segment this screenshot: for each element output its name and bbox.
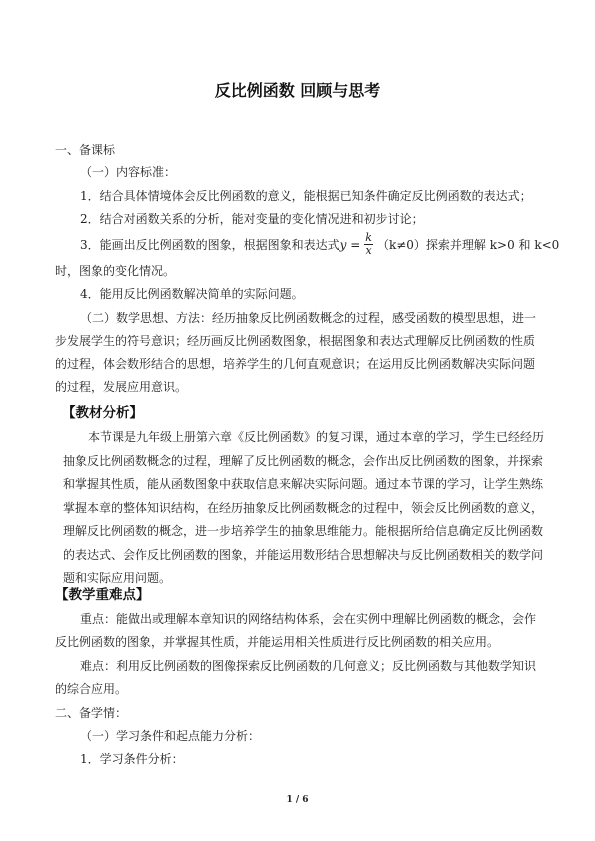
standard-item-4: 4．能用反比例函数解决简单的实际问题。 (80, 287, 304, 301)
item3-suffix: （k≠0）探索并理解 k>0 和 k<0 (377, 238, 559, 252)
standard-item-3: 3．能画出反比例函数的图象，根据图象和表达式y =kx（k≠0）探索并理解 k>… (80, 233, 559, 258)
math-thinking-line-1: （二）数学思想、方法：经历抽象反比例函数概念的过程，感受函数的模型思想，进一 (80, 311, 536, 325)
subsection-learning-conditions: （一）学习条件和起点能力分析： (80, 729, 260, 743)
item3-prefix: 3．能画出反比例函数的图象，根据图象和表达式 (80, 238, 340, 252)
section-heading-2: 二、备学情： (55, 706, 127, 720)
textbook-analysis-heading: 【教材分析】 (62, 401, 143, 421)
textbook-analysis-line-3: 和掌握其性质，能从函数图象中获取信息来解决实际问题。通过本节课的学习，让学生熟练 (63, 477, 543, 491)
textbook-analysis-line-4: 掌握本章的整体知识结构，在经历抽象反比例函数概念的过程中，领会反比例函数的意义， (63, 501, 543, 515)
difficulty-line-2: 的综合应用。 (55, 682, 127, 696)
standard-item-3-continuation: 时，图象的变化情况。 (55, 264, 175, 278)
textbook-analysis-line-6: 的表达式、会作反比例函数的图象，并能运用数形结合思想解决与反比例函数相关的数学问 (63, 548, 543, 562)
formula-denominator: x (364, 245, 373, 257)
learning-conditions-item-1: 1．学习条件分析： (80, 752, 184, 766)
key-point-line-1: 重点：能做出或理解本章知识的网络结构体系，会在实例中理解比例函数的概念，会作 (80, 612, 536, 626)
page-number: 1 / 6 (0, 795, 595, 805)
key-point-line-2: 反比例函数的图象，并掌握其性质，并能运用相关性质进行反比例函数的相关应用。 (55, 635, 499, 649)
difficulty-line-1: 难点：利用反比例函数的图像探索反比例函数的几何意义；反比例函数与其他数学知识 (80, 659, 536, 673)
document-title: 反比例函数 回顾与思考 (0, 78, 595, 101)
key-points-heading: 【教学重难点】 (55, 583, 150, 603)
section-heading-1: 一、备课标 (55, 143, 115, 157)
textbook-analysis-line-5: 理解反比例函数的概念，进一步培养学生的抽象思维能力。能根据所给信息确定反比例函数 (63, 524, 543, 538)
subsection-content-standard: （一）内容标准： (80, 165, 176, 179)
formula-lhs: y = (340, 238, 361, 252)
formula-fraction: kx (364, 232, 373, 257)
math-thinking-line-2: 步发展学生的符号意识；经历画反比例函数图象，根据图象和表达式理解反比例函数的性质 (55, 334, 535, 348)
textbook-analysis-line-1: 本节课是九年级上册第六章《反比例函数》的复习课，通过本章的学习，学生已经经历 (88, 430, 544, 444)
textbook-analysis-line-2: 抽象反比例函数概念的过程，理解了反比例函数的概念，会作出反比例函数的图象，并探索 (63, 454, 543, 468)
math-thinking-line-4: 的过程，发展应用意识。 (55, 380, 187, 394)
math-thinking-line-3: 的过程，体会数形结合的思想，培养学生的几何直观意识；在运用反比例函数解决实际问题 (55, 357, 535, 371)
standard-item-1: 1．结合具体情境体会反比例函数的意义，能根据已知条件确定反比例函数的表达式； (80, 189, 532, 203)
standard-item-2: 2．结合对函数关系的分析，能对变量的变化情况进和初步讨论； (80, 212, 424, 226)
document-page: 反比例函数 回顾与思考 一、备课标 （一）内容标准： 1．结合具体情境体会反比例… (0, 0, 595, 841)
